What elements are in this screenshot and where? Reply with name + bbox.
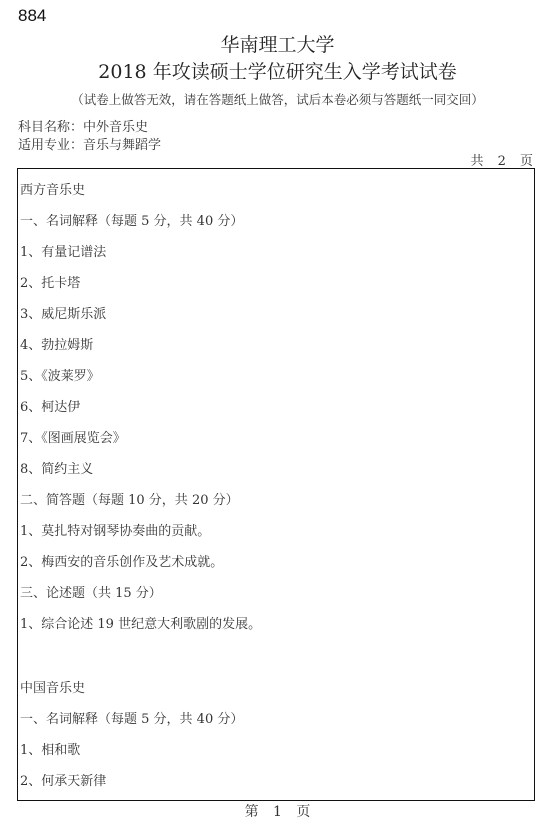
part-title: 一、名词解释（每题 5 分，共 40 分） — [20, 708, 243, 727]
question-item: 7、《图画展览会》 — [20, 427, 126, 446]
question-item: 4、勃拉姆斯 — [20, 334, 93, 353]
applicable-major: 适用专业：音乐与舞蹈学 — [18, 134, 161, 153]
question-item: 1、综合论述 19 世纪意大利歌剧的发展。 — [20, 613, 261, 632]
question-item: 8、简约主义 — [20, 458, 93, 477]
section-heading-western: 西方音乐史 — [20, 179, 85, 198]
question-item: 5、《波莱罗》 — [20, 365, 100, 384]
part-title: 三、论述题（共 15 分） — [20, 582, 162, 601]
question-item: 1、有量记谱法 — [20, 241, 106, 260]
exam-code: 884 — [18, 6, 46, 26]
subject-name: 科目名称：中外音乐史 — [18, 116, 148, 135]
question-box: 西方音乐史 一、名词解释（每题 5 分，共 40 分） 1、有量记谱法 2、托卡… — [17, 168, 535, 801]
part-title: 二、简答题（每题 10 分，共 20 分） — [20, 489, 239, 508]
question-item: 6、柯达伊 — [20, 396, 80, 415]
exam-note: （试卷上做答无效，请在答题纸上做答，试后本卷必须与答题纸一同交回） — [0, 90, 555, 108]
question-item: 1、莫扎特对钢琴协奏曲的贡献。 — [20, 520, 210, 539]
university-name: 华南理工大学 — [0, 30, 555, 57]
page-number: 第 1 页 — [0, 801, 555, 820]
question-item: 2、何承天新律 — [20, 770, 106, 789]
question-item: 3、威尼斯乐派 — [20, 303, 106, 322]
total-pages: 共 2 页 — [470, 150, 533, 169]
question-item: 2、托卡塔 — [20, 272, 80, 291]
question-item: 1、相和歌 — [20, 739, 80, 758]
part-title: 一、名词解释（每题 5 分，共 40 分） — [20, 210, 243, 229]
section-heading-chinese: 中国音乐史 — [20, 677, 85, 696]
exam-title: 2018 年攻读硕士学位研究生入学考试试卷 — [0, 57, 555, 84]
question-item: 2、梅西安的音乐创作及艺术成就。 — [20, 551, 223, 570]
